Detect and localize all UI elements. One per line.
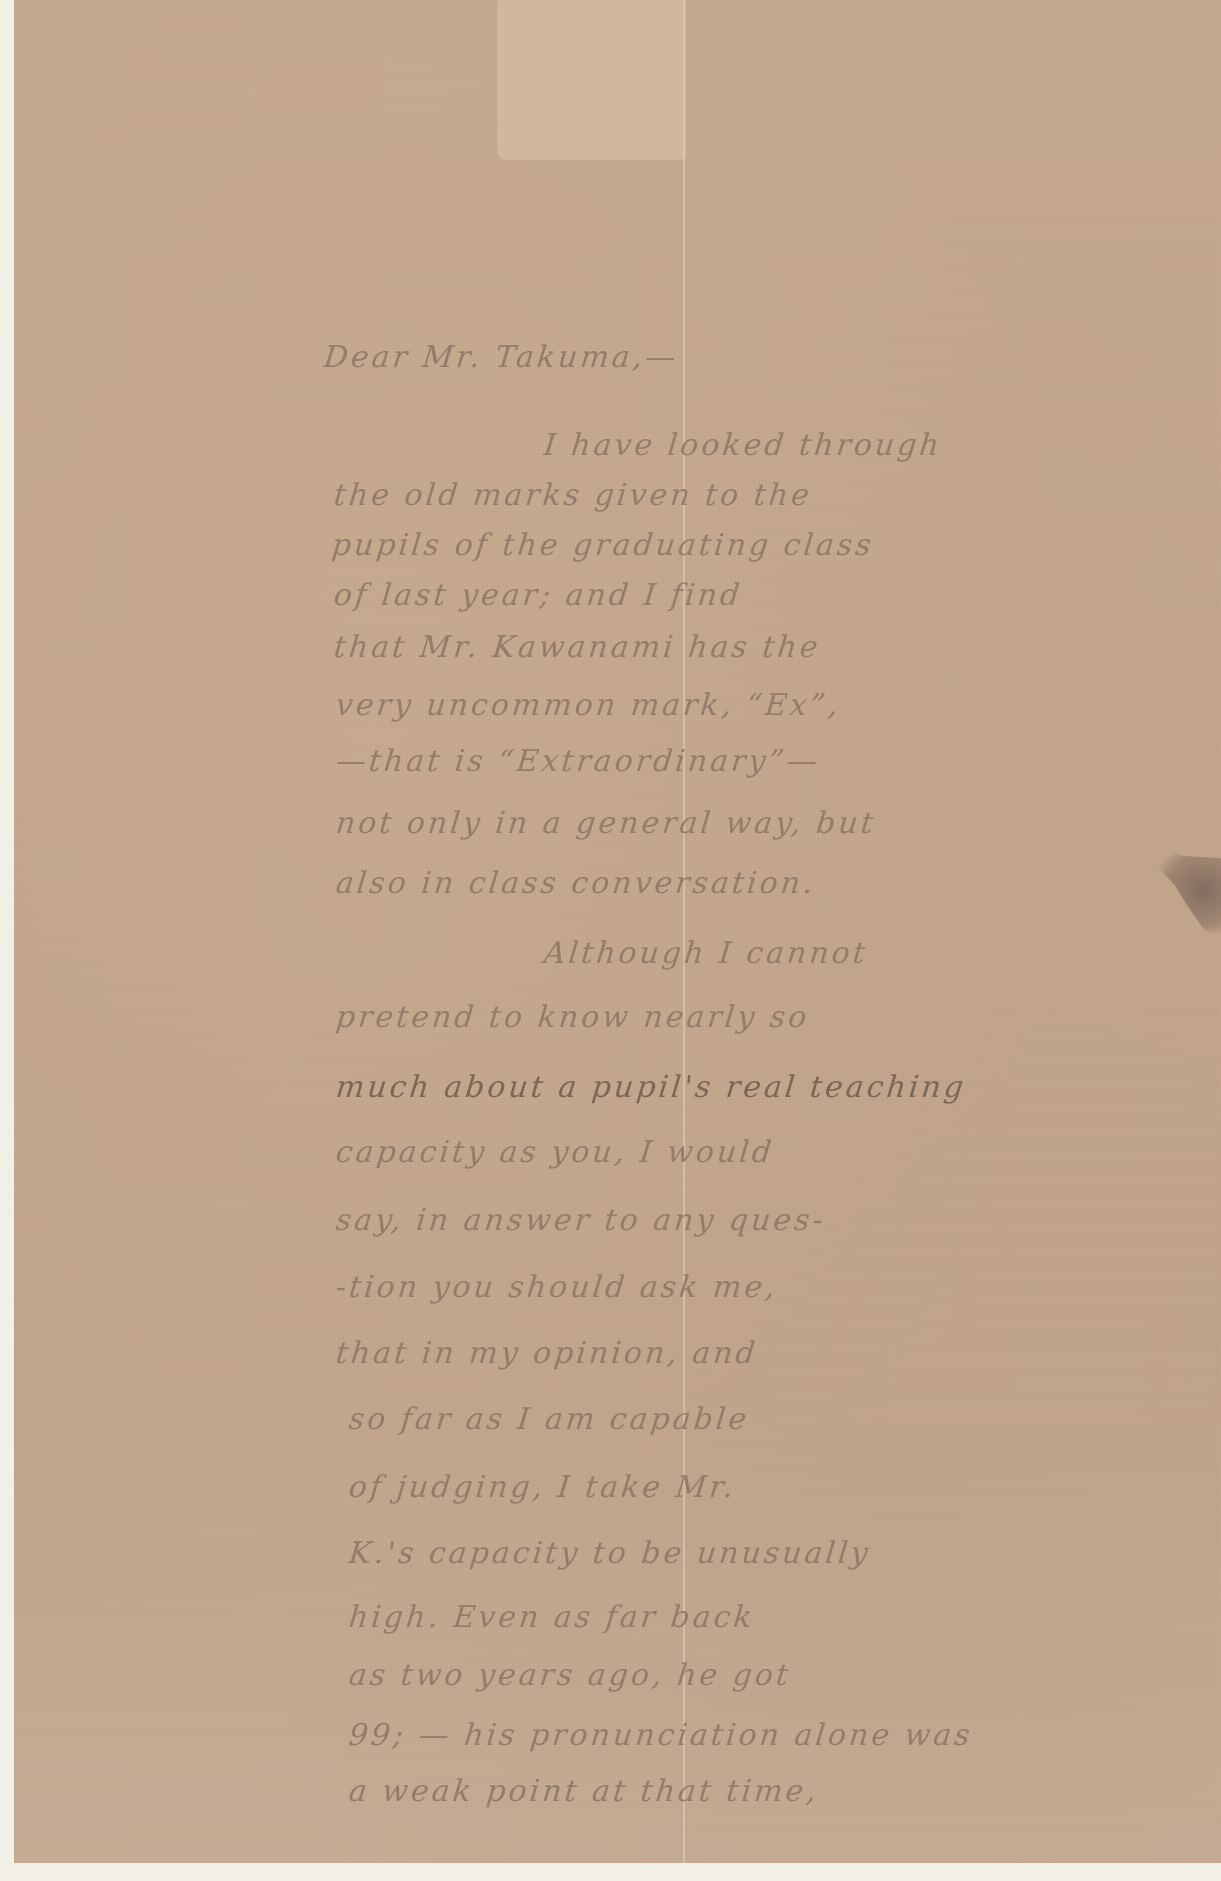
letter-line: as two years ago, he got	[347, 1658, 793, 1693]
letter-line: K.'s capacity to be unusually	[347, 1536, 872, 1571]
letter-line: -tion you should ask me,	[334, 1270, 779, 1305]
letter-line: high. Even as far back	[347, 1600, 756, 1635]
letter-line: —that is “Extraordinary”—	[334, 744, 822, 779]
letter-line: very uncommon mark, “Ex”,	[334, 688, 842, 723]
letter-line: also in class conversation.	[334, 866, 817, 901]
letter-line: much about a pupil's real teaching	[334, 1070, 968, 1105]
letter-line: of judging, I take Mr.	[347, 1470, 738, 1505]
letter-line: pupils of the graduating class	[330, 528, 876, 563]
letter-line: so far as I am capable	[347, 1402, 751, 1437]
letter-line: that in my opinion, and	[334, 1336, 760, 1371]
letter-line: the old marks given to the	[332, 478, 814, 513]
fold-crease	[683, 0, 687, 1863]
letter-line: I have looked through	[542, 428, 944, 463]
letter-line: that Mr. Kawanami has the	[332, 630, 822, 665]
paper-light-patch	[497, 0, 687, 160]
letter-line: of last year; and I find	[332, 578, 744, 613]
letter-line: a weak point at that time,	[347, 1774, 821, 1809]
letter-line: capacity as you, I would	[334, 1135, 776, 1170]
dark-stain	[1154, 845, 1221, 935]
letter-line: 99; — his pronunciation alone was	[347, 1718, 974, 1753]
letter-paper: Dear Mr. Takuma,— I have looked through …	[14, 0, 1221, 1863]
letter-line: say, in answer to any ques-	[334, 1203, 828, 1238]
salutation: Dear Mr. Takuma,—	[322, 340, 680, 375]
letter-line: not only in a general way, but	[334, 806, 878, 841]
letter-line: pretend to know nearly so	[334, 1000, 811, 1035]
letter-line: Although I cannot	[542, 936, 870, 971]
